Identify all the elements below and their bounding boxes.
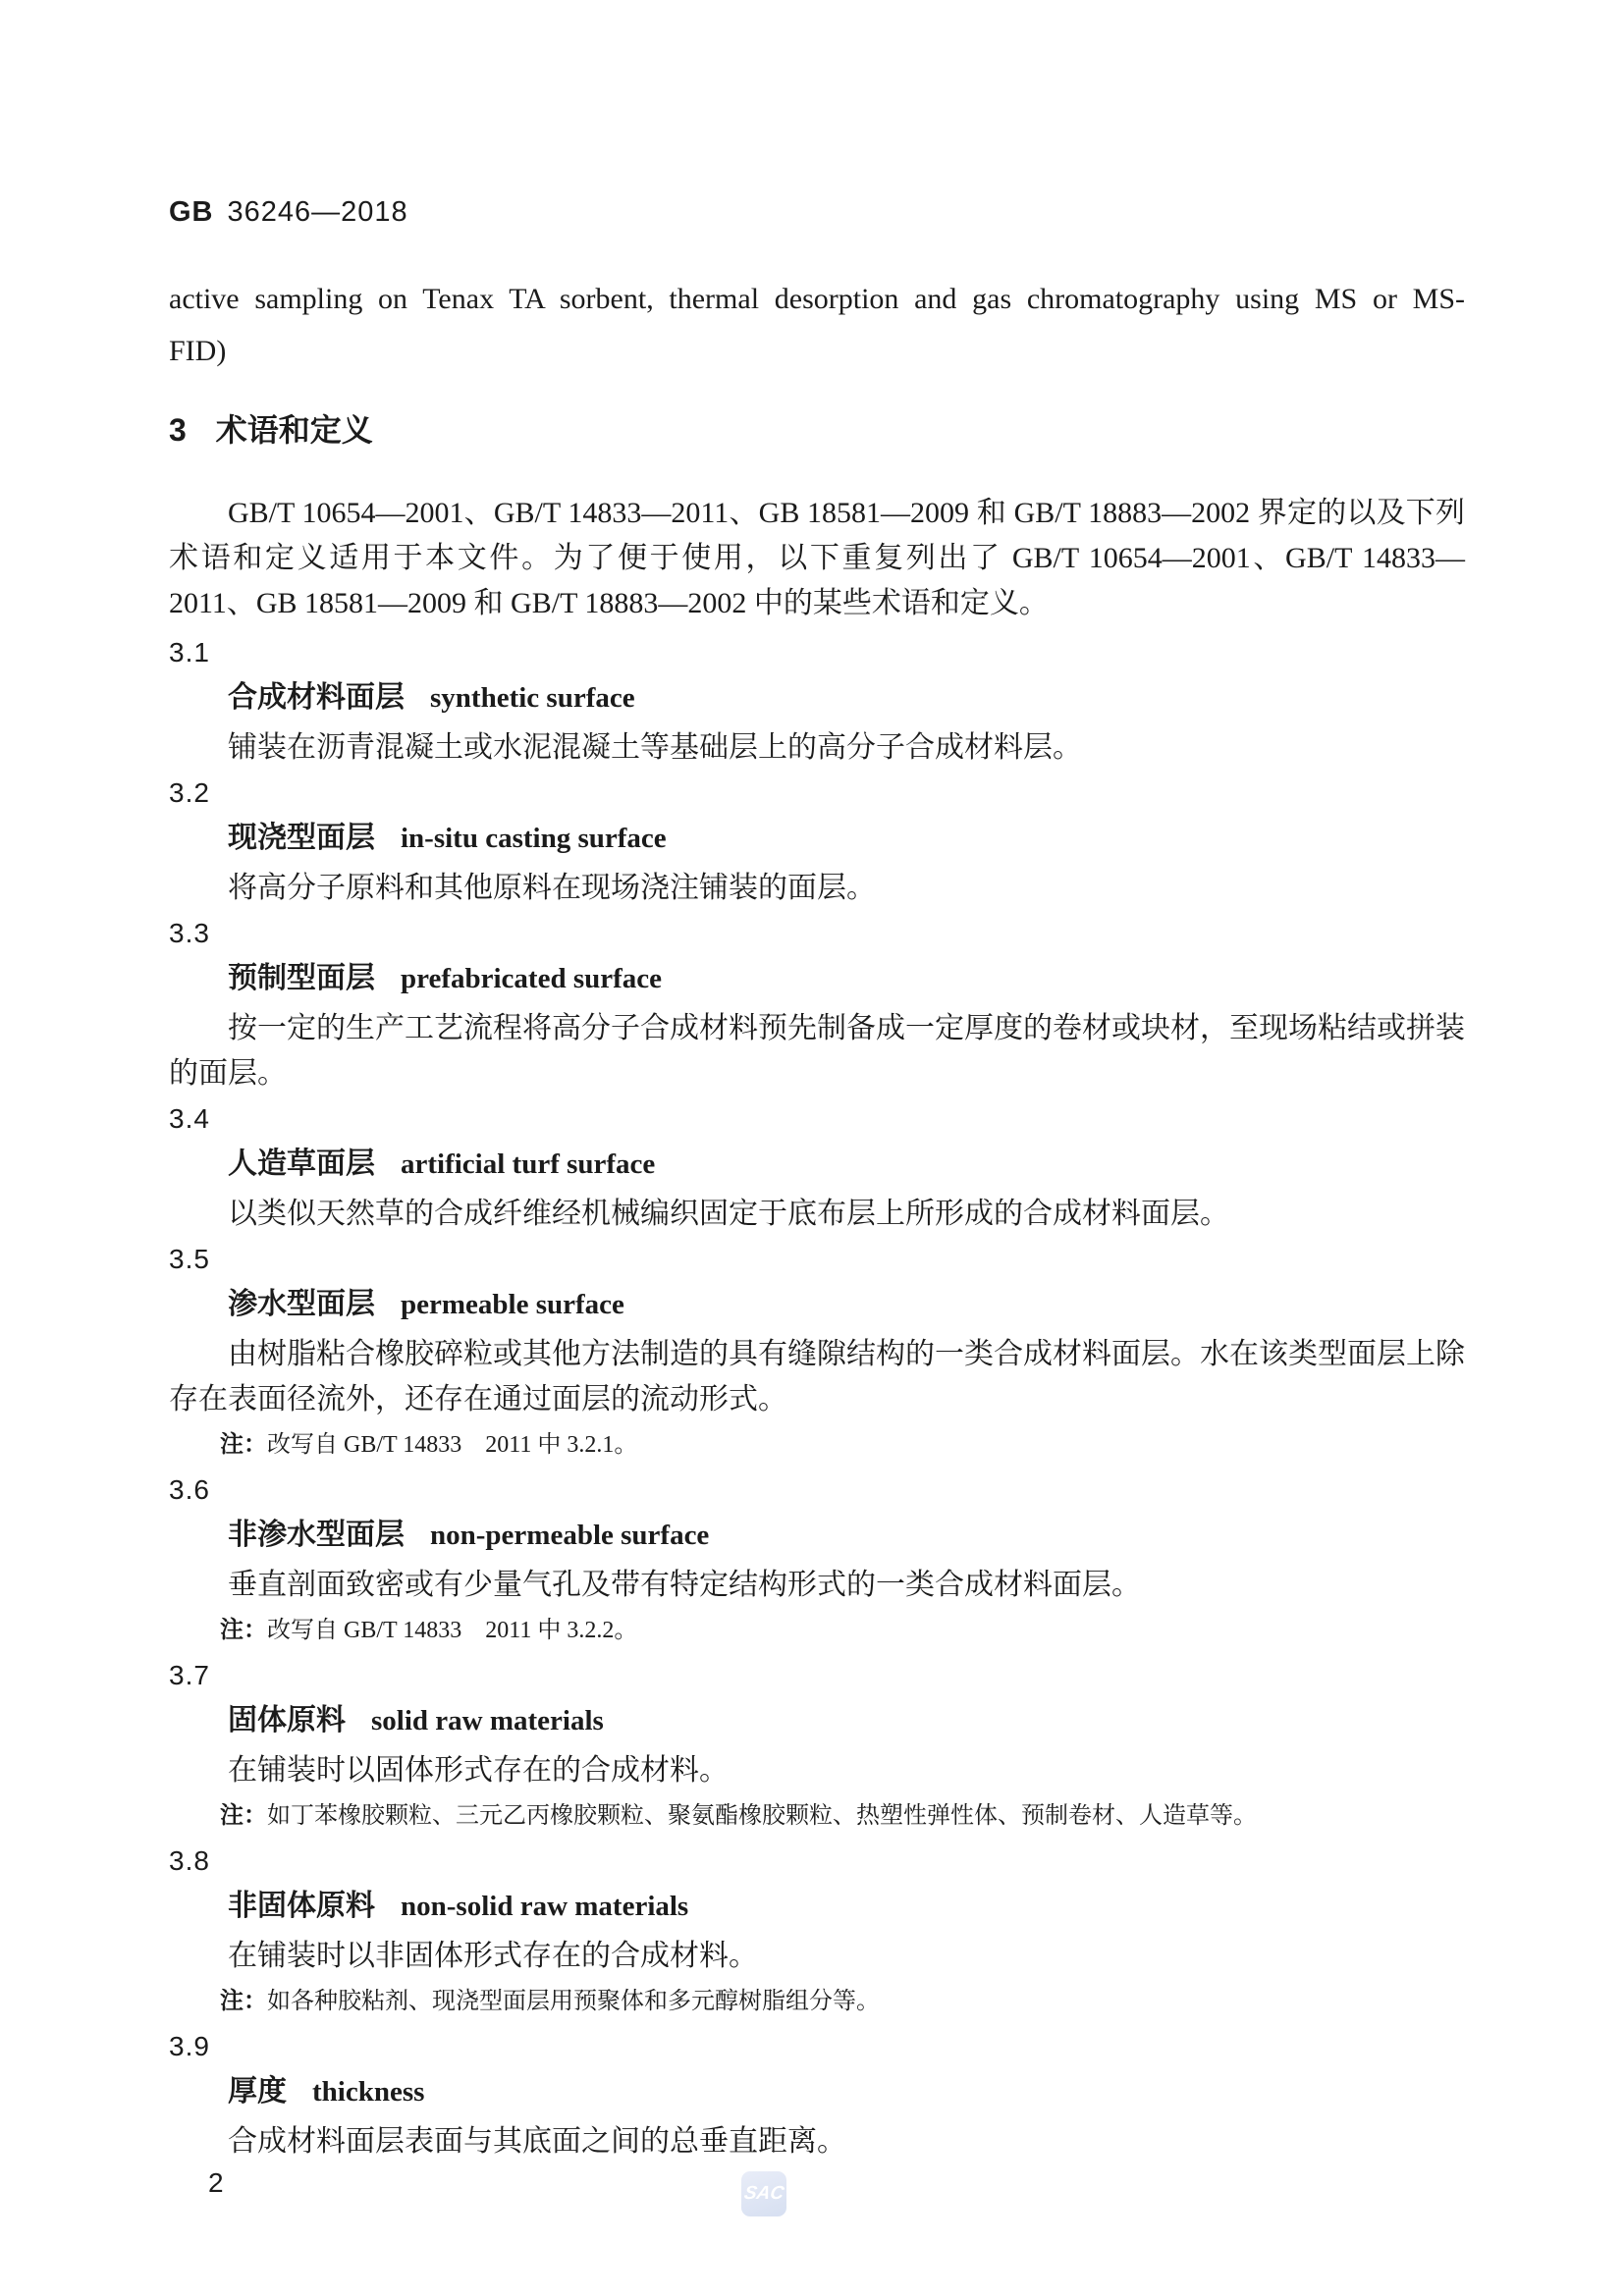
term-en: thickness bbox=[312, 2076, 424, 2108]
note-text: 如丁苯橡胶颗粒、三元乙丙橡胶颗粒、聚氨酯橡胶颗粒、热塑性弹性体、预制卷材、人造草… bbox=[267, 1803, 1257, 1829]
note-text: 如各种胶粘剂、现浇型面层用预聚体和多元醇树脂组分等。 bbox=[267, 1989, 880, 2014]
term-note: 注：如各种胶粘剂、现浇型面层用预聚体和多元醇树脂组分等。 bbox=[169, 1979, 1465, 2024]
term-zh: 合成材料面层 bbox=[169, 681, 405, 714]
term-heading: 人造草面层artificial turf surface bbox=[169, 1142, 1465, 1192]
note-text: 改写自 GB/T 14833 2011 中 3.2.1。 bbox=[267, 1432, 637, 1458]
term-entry-3-6: 3.6 非渗水型面层non-permeable surface 垂直剖面致密或有… bbox=[169, 1468, 1465, 1653]
standard-code-prefix: GB bbox=[169, 196, 214, 228]
term-zh: 固体原料 bbox=[169, 1704, 346, 1736]
term-heading: 预制型面层prefabricated surface bbox=[169, 956, 1465, 1006]
term-en: prefabricated surface bbox=[401, 963, 662, 994]
term-definition: 将高分子原料和其他原料在现场浇注铺装的面层。 bbox=[169, 866, 1465, 911]
note-label: 注： bbox=[220, 1802, 267, 1829]
term-definition: 在铺装时以非固体形式存在的合成材料。 bbox=[169, 1934, 1465, 1979]
term-note: 注：如丁苯橡胶颗粒、三元乙丙橡胶颗粒、聚氨酯橡胶颗粒、热塑性弹性体、预制卷材、人… bbox=[169, 1793, 1465, 1839]
sac-watermark-logo: SAC bbox=[741, 2171, 786, 2216]
term-entry-3-9: 3.9 厚度thickness 合成材料面层表面与其底面之间的总垂直距离。 bbox=[169, 2024, 1465, 2164]
sac-watermark-text: SAC bbox=[742, 2183, 785, 2205]
term-zh: 厚度 bbox=[169, 2075, 287, 2108]
term-note: 注：改写自 GB/T 14833 2011 中 3.2.2。 bbox=[169, 1608, 1465, 1653]
term-entry-3-8: 3.8 非固体原料non-solid raw materials 在铺装时以非固… bbox=[169, 1839, 1465, 2024]
term-zh: 渗水型面层 bbox=[169, 1288, 375, 1320]
term-en: artificial turf surface bbox=[401, 1148, 655, 1180]
term-definition: 铺装在沥青混凝土或水泥混凝土等基础层上的高分子合成材料层。 bbox=[169, 725, 1465, 771]
note-label: 注： bbox=[220, 1431, 267, 1458]
term-en: non-solid raw materials bbox=[401, 1891, 688, 1922]
term-heading: 厚度thickness bbox=[169, 2069, 1465, 2119]
term-entry-3-2: 3.2 现浇型面层in-situ casting surface 将高分子原料和… bbox=[169, 771, 1465, 911]
page-number: 2 bbox=[208, 2166, 1465, 2200]
term-heading: 合成材料面层synthetic surface bbox=[169, 675, 1465, 725]
term-zh: 预制型面层 bbox=[169, 962, 375, 994]
clause-number: 3.6 bbox=[169, 1468, 1465, 1513]
continued-paragraph: active sampling on Tenax TA sorbent, the… bbox=[169, 273, 1465, 377]
standard-code: GB36246—2018 bbox=[169, 194, 1465, 230]
clause-number: 3.4 bbox=[169, 1096, 1465, 1142]
term-zh: 现浇型面层 bbox=[169, 822, 375, 854]
term-heading: 渗水型面层permeable surface bbox=[169, 1282, 1465, 1332]
term-heading: 非固体原料non-solid raw materials bbox=[169, 1884, 1465, 1934]
term-entry-3-4: 3.4 人造草面层artificial turf surface 以类似天然草的… bbox=[169, 1096, 1465, 1237]
clause-number: 3.5 bbox=[169, 1237, 1465, 1282]
clause-number: 3.2 bbox=[169, 771, 1465, 816]
clause-number: 3.1 bbox=[169, 630, 1465, 675]
term-zh: 人造草面层 bbox=[169, 1148, 375, 1180]
term-heading: 固体原料solid raw materials bbox=[169, 1698, 1465, 1748]
note-label: 注： bbox=[220, 1617, 267, 1643]
term-definition: 垂直剖面致密或有少量气孔及带有特定结构形式的一类合成材料面层。 bbox=[169, 1563, 1465, 1608]
note-label: 注： bbox=[220, 1988, 267, 2014]
term-en: permeable surface bbox=[401, 1289, 624, 1320]
continued-line-2: FID) bbox=[169, 325, 1465, 377]
term-en: in-situ casting surface bbox=[401, 823, 667, 854]
clause-number: 3.7 bbox=[169, 1653, 1465, 1698]
term-heading: 非渗水型面层non-permeable surface bbox=[169, 1513, 1465, 1563]
document-page: GB36246—2018 active sampling on Tenax TA… bbox=[0, 0, 1624, 2296]
term-zh: 非固体原料 bbox=[169, 1890, 375, 1922]
section-title: 术语和定义 bbox=[216, 412, 373, 448]
terms-list: 3.1 合成材料面层synthetic surface 铺装在沥青混凝土或水泥混… bbox=[169, 630, 1465, 2164]
term-en: non-permeable surface bbox=[430, 1520, 709, 1551]
term-heading: 现浇型面层in-situ casting surface bbox=[169, 816, 1465, 866]
clause-number: 3.8 bbox=[169, 1839, 1465, 1884]
term-definition: 在铺装时以固体形式存在的合成材料。 bbox=[169, 1748, 1465, 1793]
term-entry-3-1: 3.1 合成材料面层synthetic surface 铺装在沥青混凝土或水泥混… bbox=[169, 630, 1465, 771]
continued-line-1: active sampling on Tenax TA sorbent, the… bbox=[169, 273, 1465, 325]
note-text: 改写自 GB/T 14833 2011 中 3.2.2。 bbox=[267, 1618, 637, 1643]
term-definition: 由树脂粘合橡胶碎粒或其他方法制造的具有缝隙结构的一类合成材料面层。水在该类型面层… bbox=[169, 1332, 1465, 1422]
term-note: 注：改写自 GB/T 14833 2011 中 3.2.1。 bbox=[169, 1422, 1465, 1468]
section-heading: 3术语和定义 bbox=[169, 408, 1465, 452]
section-intro-paragraph: GB/T 10654—2001、GB/T 14833—2011、GB 18581… bbox=[169, 491, 1465, 626]
clause-number: 3.9 bbox=[169, 2024, 1465, 2069]
term-en: synthetic surface bbox=[430, 682, 635, 714]
term-definition: 合成材料面层表面与其底面之间的总垂直距离。 bbox=[169, 2119, 1465, 2164]
term-en: solid raw materials bbox=[371, 1705, 604, 1736]
section-number: 3 bbox=[169, 412, 187, 448]
term-zh: 非渗水型面层 bbox=[169, 1519, 405, 1551]
term-entry-3-7: 3.7 固体原料solid raw materials 在铺装时以固体形式存在的… bbox=[169, 1653, 1465, 1839]
term-entry-3-3: 3.3 预制型面层prefabricated surface 按一定的生产工艺流… bbox=[169, 911, 1465, 1096]
term-definition: 以类似天然草的合成纤维经机械编织固定于底布层上所形成的合成材料面层。 bbox=[169, 1192, 1465, 1237]
term-entry-3-5: 3.5 渗水型面层permeable surface 由树脂粘合橡胶碎粒或其他方… bbox=[169, 1237, 1465, 1468]
clause-number: 3.3 bbox=[169, 911, 1465, 956]
standard-code-number: 36246—2018 bbox=[228, 196, 408, 228]
term-definition: 按一定的生产工艺流程将高分子合成材料预先制备成一定厚度的卷材或块材，至现场粘结或… bbox=[169, 1006, 1465, 1096]
